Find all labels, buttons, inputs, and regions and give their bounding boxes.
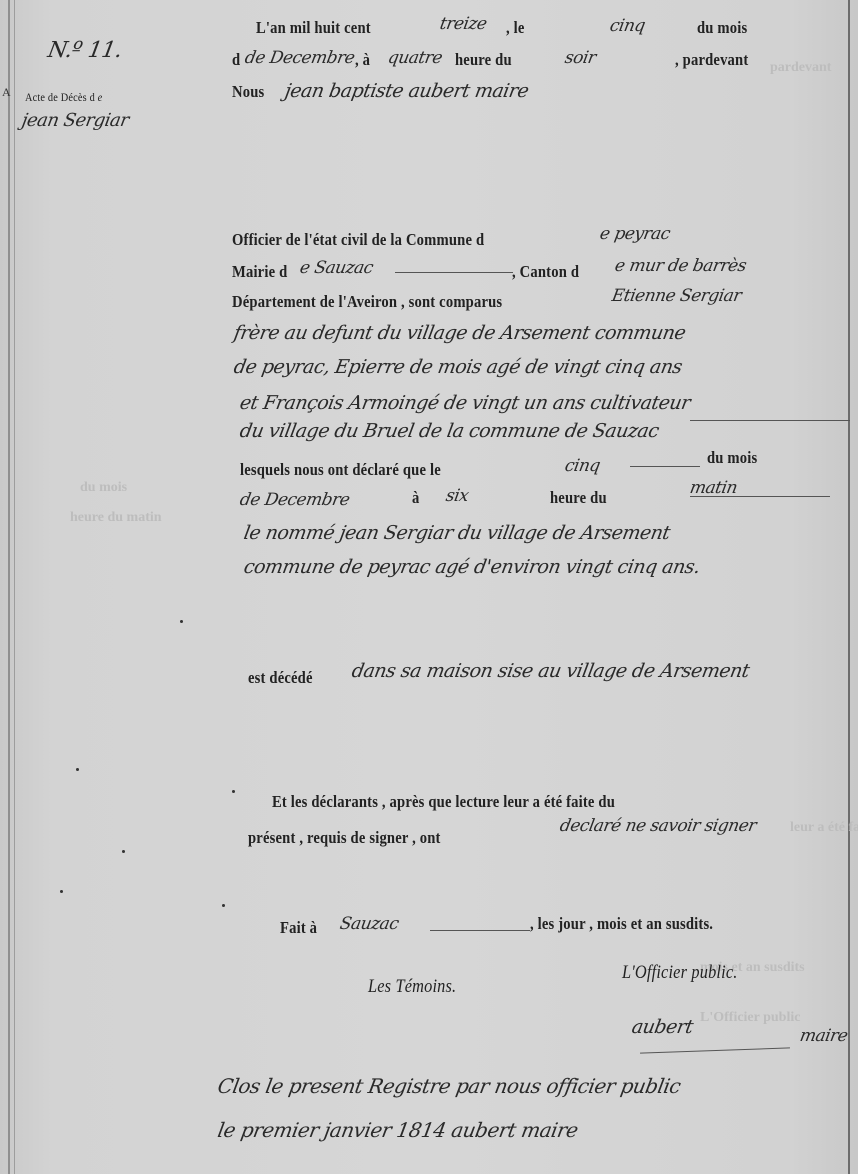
ink-speck [122,850,125,853]
printed-pardevant: , pardevant [675,50,748,70]
bleed-through-text: pardevant [770,60,831,76]
handwritten-comparant-2: frère au defunt du village de Arsement c… [232,322,687,344]
signature-flourish [640,1047,790,1053]
printed-lesquels: lesquels nous ont déclaré que le [240,460,441,480]
printed-officier-commune: Officier de l'état civil de la Commune d [232,230,484,250]
register-page: pardevant du mois heure du matin leur a … [0,0,858,1174]
handwritten-decl-day: cinq [563,456,601,476]
bleed-through-text: du mois [80,480,127,496]
act-number: N.º 11. [46,38,124,63]
printed-heure-du-2: heure du [550,488,607,508]
ink-speck [180,620,183,623]
printed-heure-du: heure du [455,50,512,70]
handwritten-decl-hour: six [444,486,470,506]
printed-departement: Département de l'Aveiron , sont comparus [232,292,502,312]
printed-le: , le [506,18,525,38]
officer-title: maire [798,1026,849,1046]
ink-speck [76,768,79,771]
printed-canton: , Canton d [512,262,579,282]
handwritten-comparant-1: Etienne Sergiar [610,286,743,306]
handwritten-year: treize [438,14,488,34]
printed-et-les-declarants: Et les déclarants , après que lecture le… [272,792,615,812]
blank-rule [630,466,700,467]
handwritten-mairie: e Sauzac [298,258,374,278]
handwritten-canton: e mur de barrès [613,256,747,276]
handwritten-day: cinq [608,16,646,36]
blank-rule [690,420,850,421]
binding-line [8,0,10,1174]
printed-officier-public: L'Officier public. [622,962,738,984]
printed-year-line: L'an mil huit cent [256,18,371,38]
blank-rule [430,930,530,931]
closing-note-line-1: Clos le present Registre par nous offici… [216,1074,683,1098]
closing-note-line-2: le premier janvier 1814 aubert maire [216,1118,580,1142]
printed-a-2: à [412,488,419,508]
handwritten-month: de Decembre [243,48,356,68]
handwritten-death-place: dans sa maison sise au village de Arseme… [350,660,751,682]
handwritten-comparant-3: de peyrac, Epierre de mois agé de vingt … [232,356,684,378]
handwritten-fait-a-place: Sauzac [338,914,400,934]
printed-les-temoins: Les Témoins. [368,976,456,998]
handwritten-officer-name: jean baptiste aubert maire [283,80,530,102]
blank-rule [690,496,830,497]
printed-est-decede: est décédé [248,668,313,688]
ink-speck [60,890,63,893]
printed-du-mois: du mois [697,18,747,38]
handwritten-decl-month: de Decembre [238,490,351,510]
handwritten-signature-statement: declaré ne savoir signer [558,816,757,836]
bleed-through-text: heure du matin [70,510,162,526]
binding-line [14,0,15,1174]
ink-speck [222,904,225,907]
printed-d: d [232,50,240,70]
bleed-through-text: leur a été faite [790,820,858,836]
printed-fait-a: Fait à [280,918,317,938]
handwritten-comparant-5: du village du Bruel de la commune de Sau… [238,420,660,442]
printed-nous: Nous [232,82,264,102]
ink-speck [232,790,235,793]
handwritten-time-of-day: soir [563,48,597,68]
handwritten-comparant-4: et François Armoingé de vingt un ans cul… [238,392,692,414]
handwritten-hour: quatre [386,48,444,68]
bleed-through-text: L'Officier public [700,1010,800,1026]
handwritten-deceased-1: le nommé jean Sergiar du village de Arse… [242,522,672,544]
printed-a: , à [355,50,370,70]
handwritten-commune: e peyrac [598,224,671,244]
page-edge-line [848,0,850,1174]
printed-present-requis: présent , requis de signer , ont [248,828,441,848]
blank-rule [395,272,513,273]
officer-signature: aubert [630,1016,695,1038]
printed-les-jour: , les jour , mois et an susdits. [530,914,713,934]
handwritten-deceased-2: commune de peyrac agé d'environ vingt ci… [242,556,702,578]
printed-mairie: Mairie d [232,262,287,282]
handwritten-decl-time-of-day: matin [688,478,739,498]
deceased-name-margin: jean Sergiar [20,110,130,131]
margin-edge-letter: A [2,85,11,100]
printed-du-mois-2: du mois [707,448,757,468]
act-label: Acte de Décès d e [25,90,102,105]
